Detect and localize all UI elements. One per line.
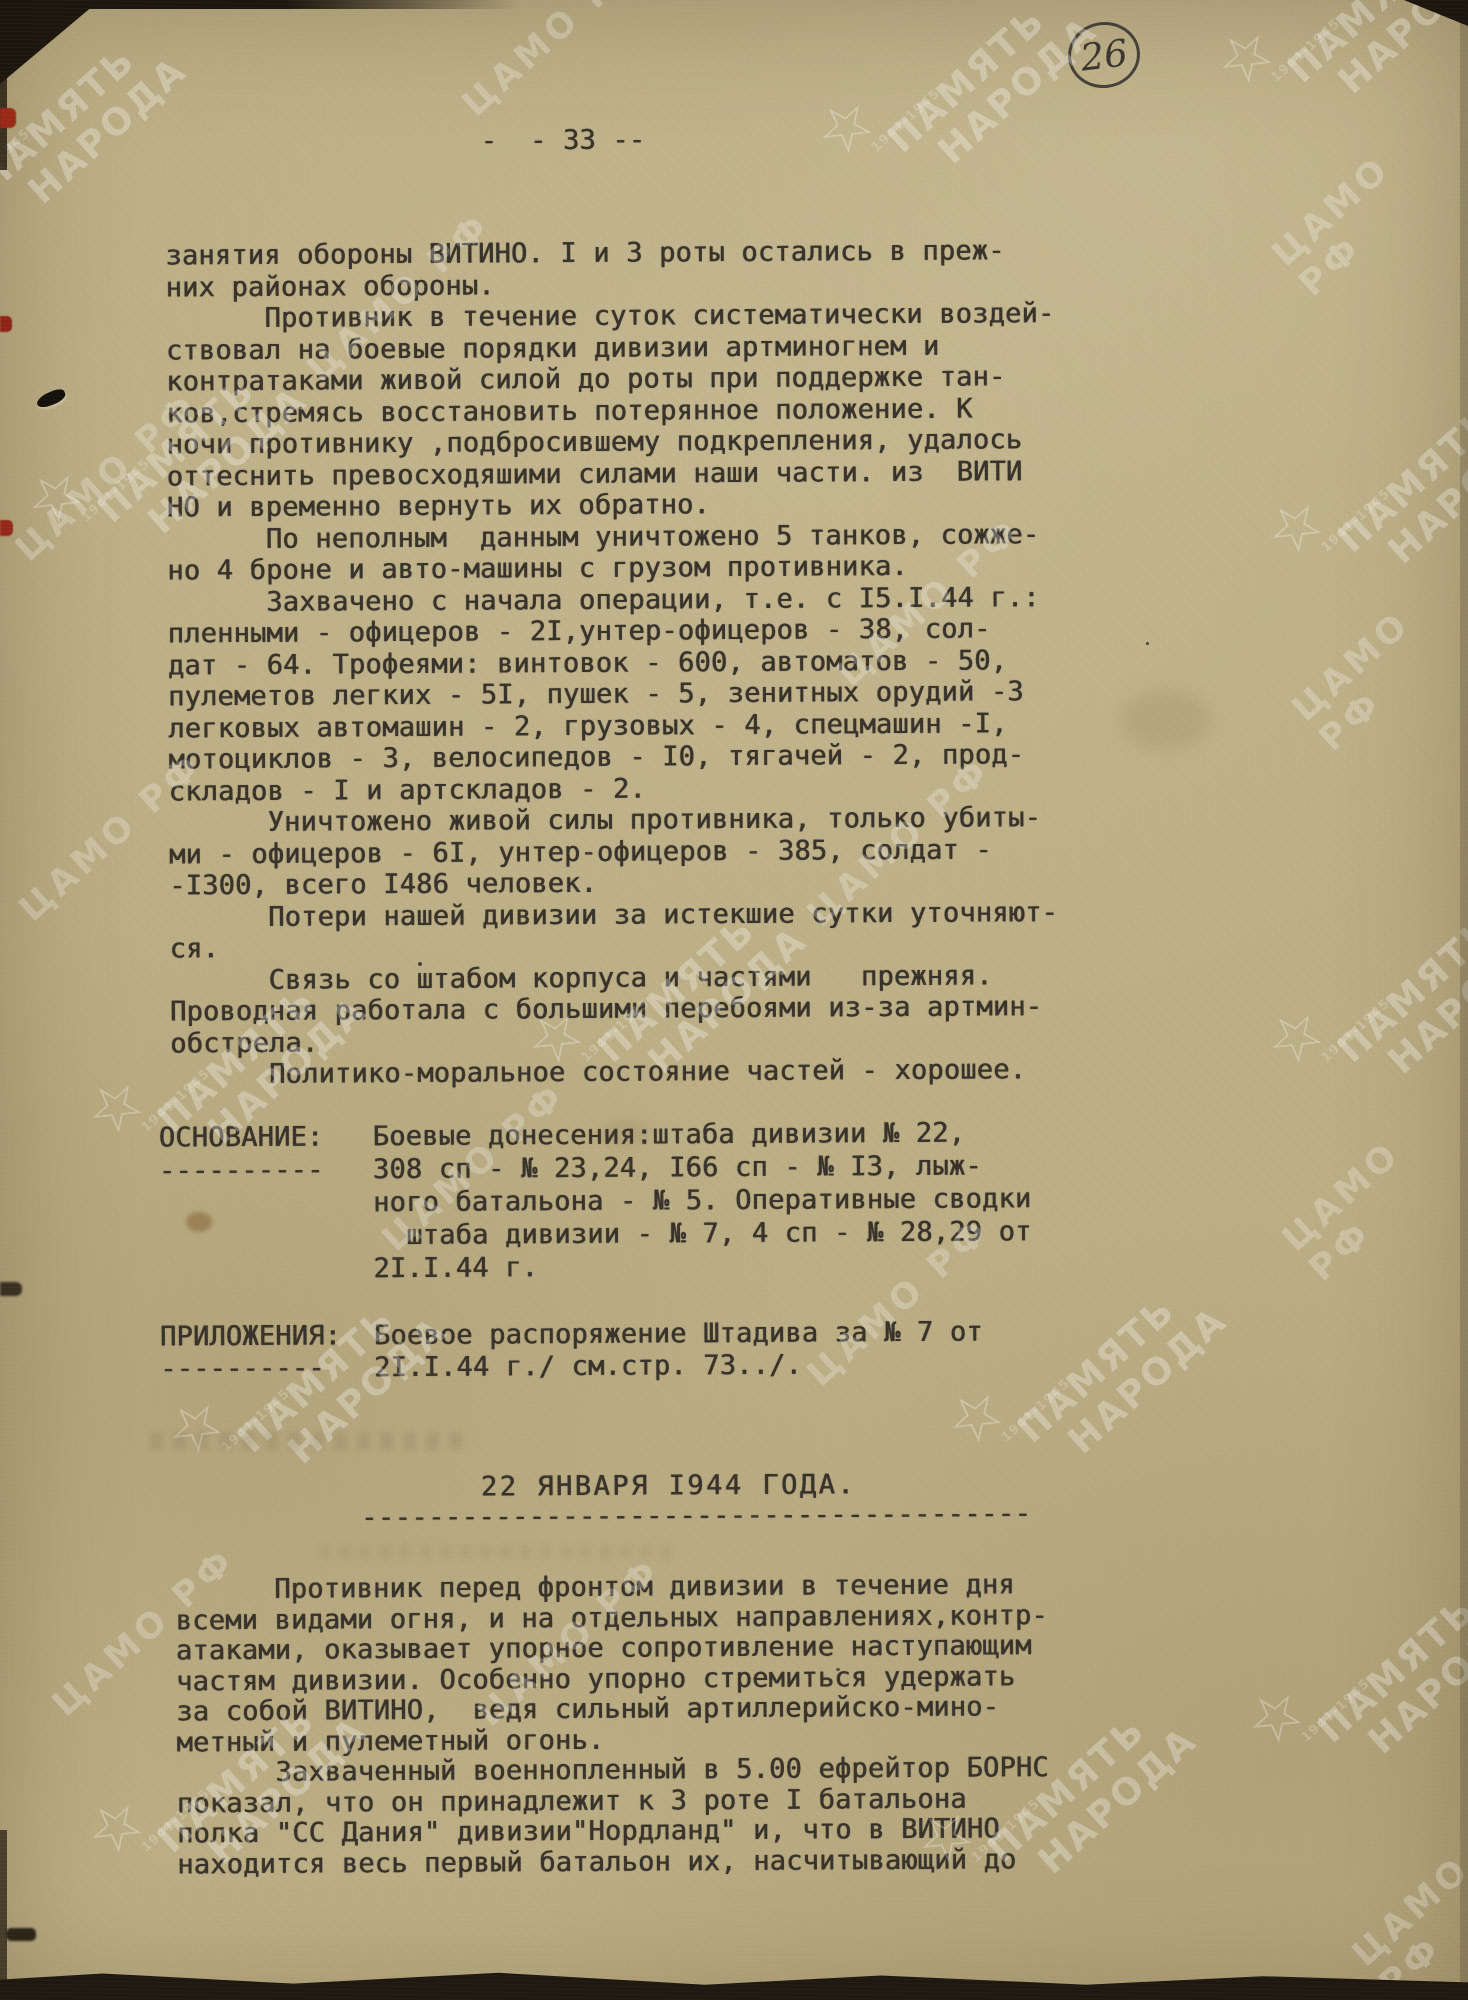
document-scan-page: - - 33 -- занятия обороны ВИТИНО. I и 3 …	[0, 0, 1468, 2000]
basis-section: ОСНОВАНИЕ: Боевые донесения:штаба дивизи…	[159, 1116, 1032, 1286]
typewritten-text-layer: - - 33 -- занятия обороны ВИТИНО. I и 3 …	[0, 0, 1468, 2000]
page-number-header: - - 33 --	[481, 125, 646, 157]
report-body-22-january: Противник перед фронтом дивизии в течени…	[176, 1570, 1050, 1880]
date-heading-underline: ----------------------------------------	[361, 1498, 1031, 1533]
report-body-21-january: занятия обороны ВИТИНО. I и 3 роты остал…	[165, 235, 1059, 1091]
date-heading: 22 ЯНВАРЯ I944 ГОДА.	[481, 1469, 856, 1502]
attachments-section: ПРИЛОЖЕНИЯ: Боевое распоряжение Штадива …	[160, 1316, 983, 1385]
